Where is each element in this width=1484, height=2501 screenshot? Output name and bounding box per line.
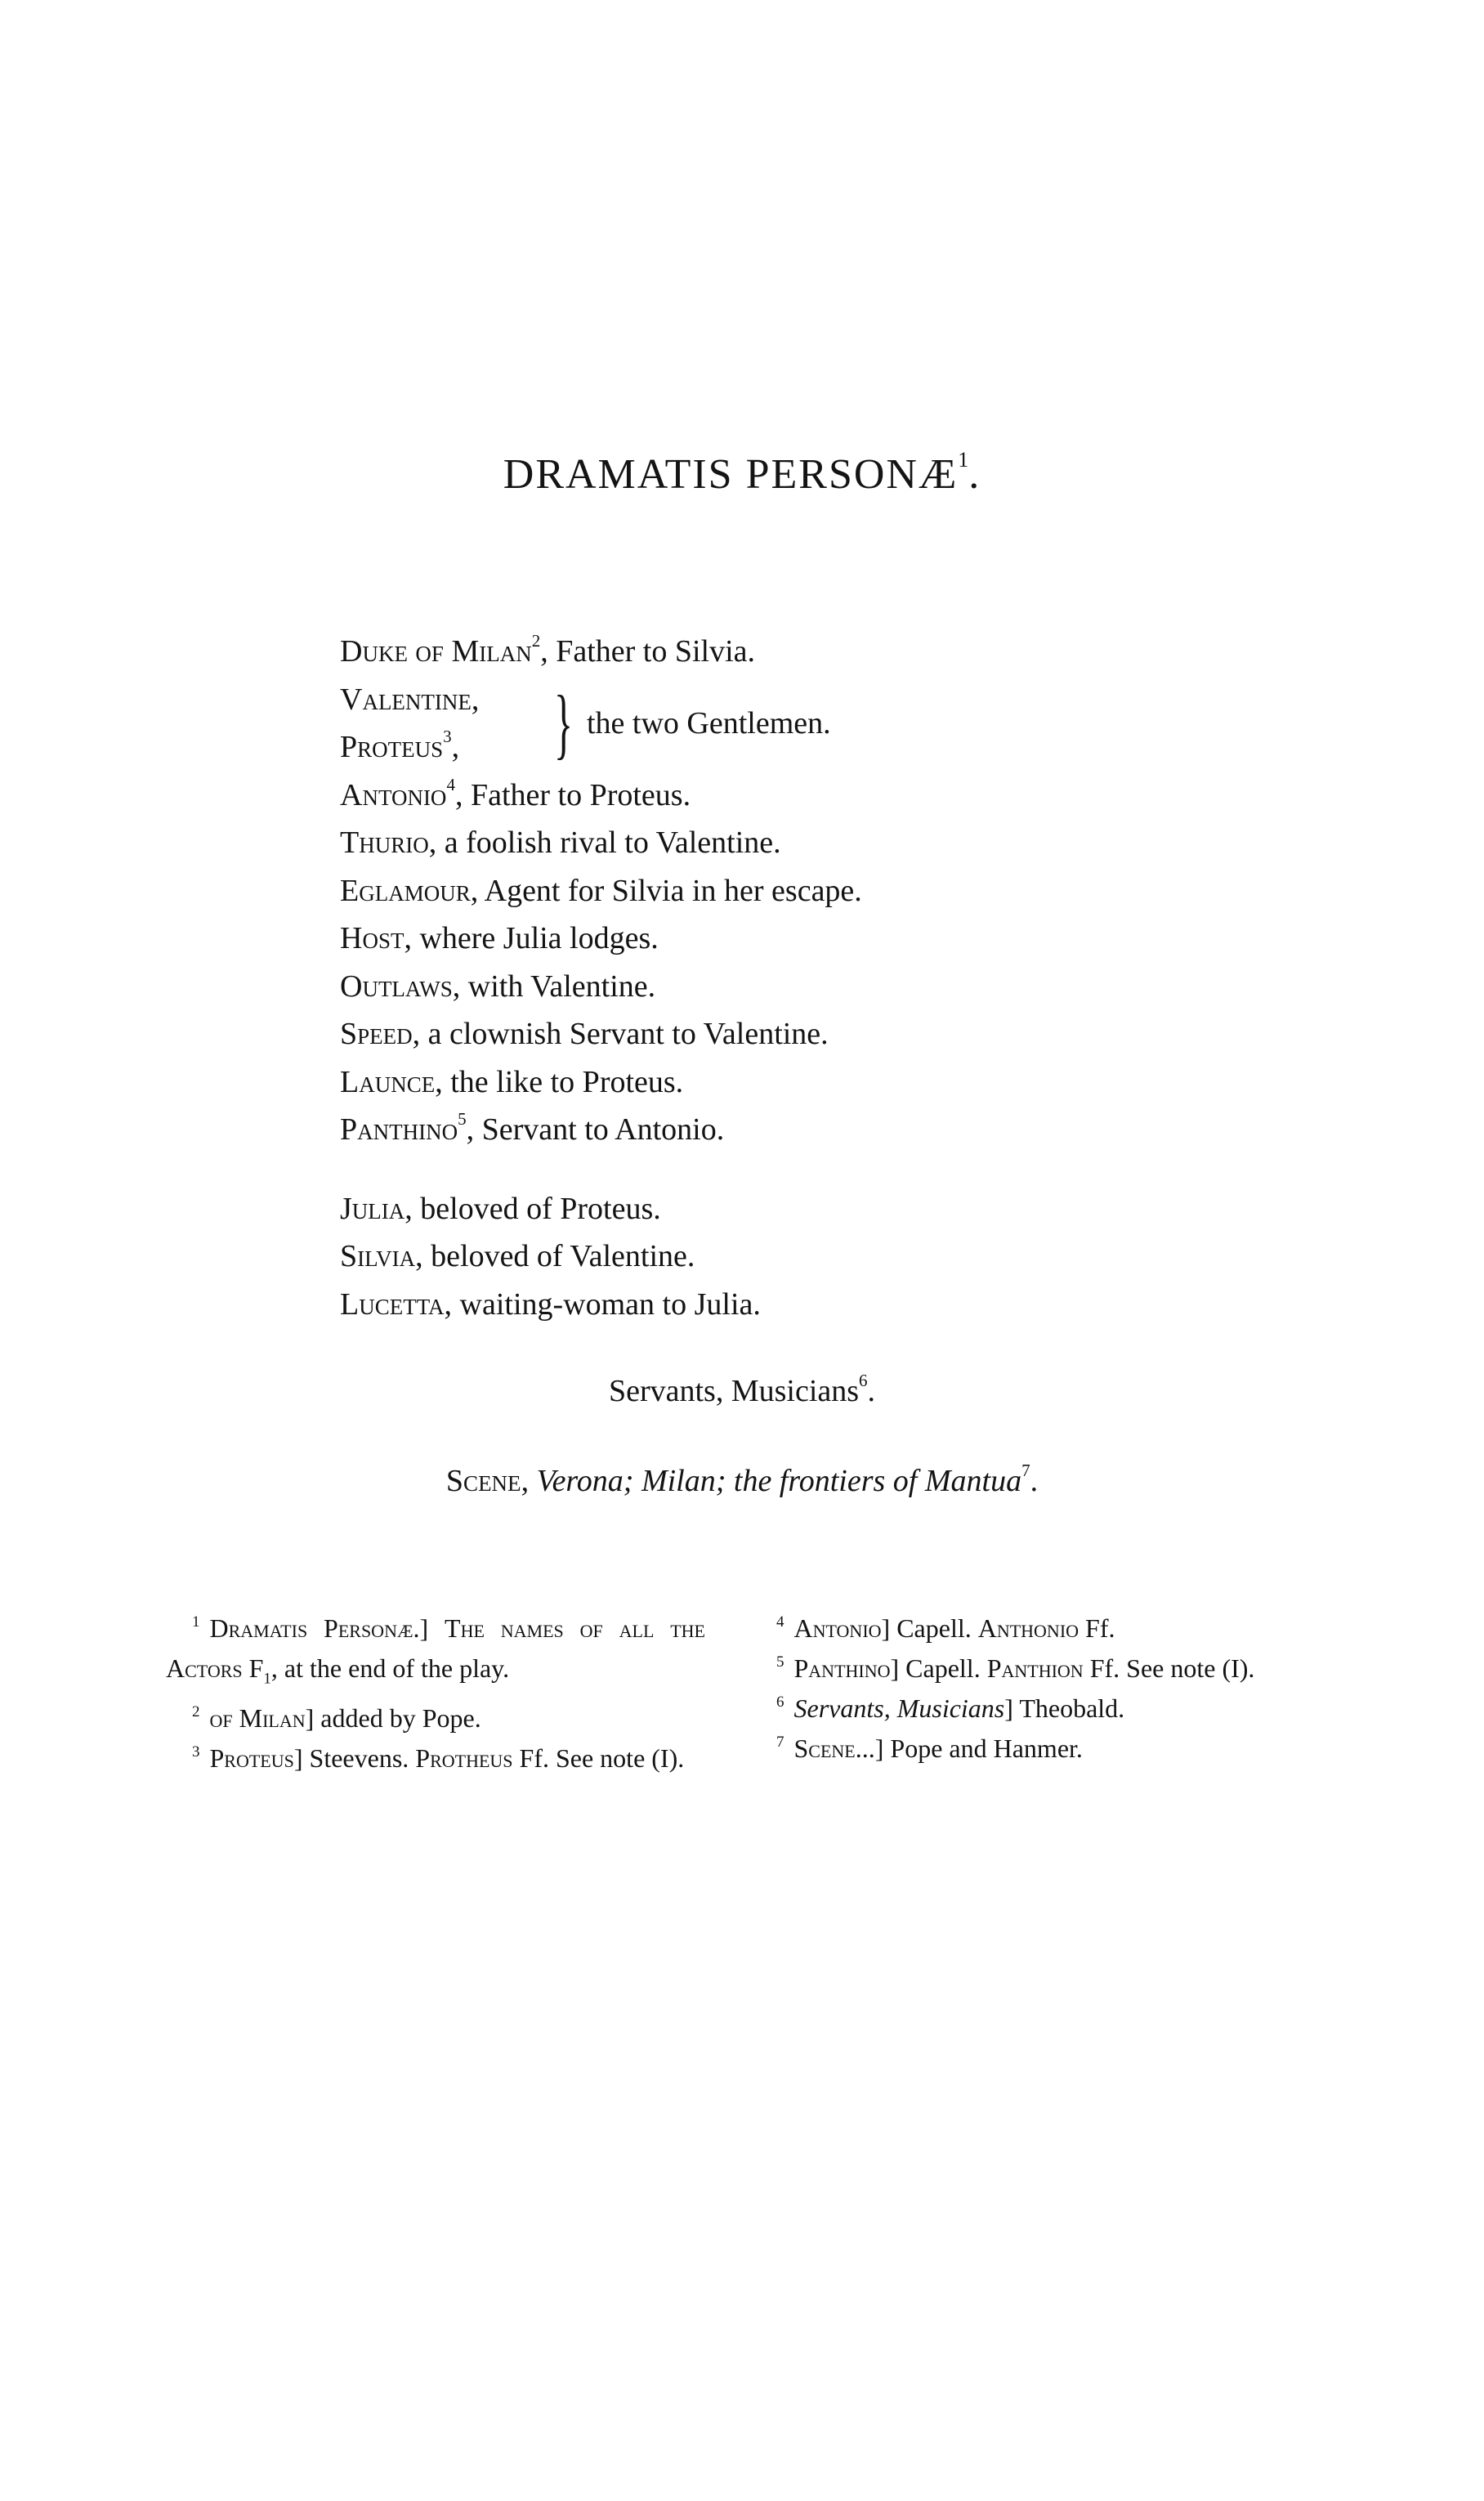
brace-icon: } xyxy=(554,684,573,763)
servants-line: Servants, Musicians6. xyxy=(0,1373,1484,1409)
note-text: Ff. See note (I). xyxy=(1084,1653,1255,1683)
character-name: Panthino xyxy=(340,1112,458,1147)
note-text: Anthonio xyxy=(978,1613,1079,1643)
servants-text: Servants, Musicians xyxy=(609,1374,859,1408)
footnote-number: 3 xyxy=(192,1743,200,1761)
character-desc: , beloved of Proteus. xyxy=(405,1192,660,1226)
footnote-number: 5 xyxy=(776,1653,784,1671)
note-text: ] Theobald. xyxy=(1004,1693,1124,1723)
list-item-antonio: Antonio4, Father to Proteus. xyxy=(340,772,862,820)
note-text: Panthion xyxy=(987,1653,1084,1683)
character-name: Speed xyxy=(340,1017,413,1051)
character-name: Thurio xyxy=(340,825,429,860)
note-text: Ff. See note (I). xyxy=(513,1743,685,1773)
list-item-panthino: Panthino5, Servant to Antonio. xyxy=(340,1106,862,1154)
footnote-ref[interactable]: 7 xyxy=(1021,1461,1030,1480)
character-name: Julia xyxy=(340,1192,405,1226)
lemma: Proteus xyxy=(210,1743,294,1773)
lemma: of Milan xyxy=(210,1703,306,1733)
character-desc: , waiting-woman to Julia. xyxy=(445,1287,761,1322)
character-name: Outlaws xyxy=(340,969,453,1004)
character-name: Launce xyxy=(340,1065,435,1099)
footnote-6: 6Servants, Musicians] Theobald. xyxy=(750,1689,1290,1729)
footnote-ref[interactable]: 5 xyxy=(458,1109,467,1129)
character-desc: , a clownish Servant to Valentine. xyxy=(413,1017,829,1051)
lemma: Scene... xyxy=(794,1734,875,1763)
footnote-number: 4 xyxy=(776,1613,784,1631)
punct: , xyxy=(452,730,460,764)
character-desc: , Agent for Silvia in her escape. xyxy=(471,874,862,908)
character-desc: , where Julia lodges. xyxy=(404,921,658,955)
footnote-4: 4Antonio] Capell. Anthonio Ff. xyxy=(750,1608,1290,1649)
footnote-ref[interactable]: 6 xyxy=(859,1371,868,1390)
footnote-number: 1 xyxy=(192,1613,200,1631)
lemma: Panthino xyxy=(794,1653,891,1683)
punct: , xyxy=(472,682,480,717)
title-text: DRAMATIS PERSONÆ xyxy=(503,451,958,498)
scene-line: Scene, Verona; Milan; the frontiers of M… xyxy=(0,1463,1484,1499)
list-item-speed: Speed, a clownish Servant to Valentine. xyxy=(340,1010,862,1058)
list-item-thurio: Thurio, a foolish rival to Valentine. xyxy=(340,819,862,867)
footnote-number: 2 xyxy=(192,1703,200,1720)
note-text: , at the end of the play. xyxy=(271,1653,509,1683)
list-item-launce: Launce, the like to Proteus. xyxy=(340,1058,862,1107)
note-text: ] Capell. xyxy=(891,1653,987,1683)
character-desc: , the like to Proteus. xyxy=(435,1065,683,1099)
list-item-outlaws: Outlaws, with Valentine. xyxy=(340,963,862,1011)
character-name: Duke of Milan xyxy=(340,634,532,669)
character-name: Silvia xyxy=(340,1239,415,1273)
note-text: ] Pope and Hanmer. xyxy=(875,1734,1083,1763)
list-item-lucetta: Lucetta, waiting-woman to Julia. xyxy=(340,1281,862,1329)
note-text: ] xyxy=(420,1613,445,1643)
note-text: ] added by Pope. xyxy=(306,1703,481,1733)
lemma: Servants, Musicians xyxy=(794,1693,1005,1723)
scene-places: Verona; Milan; the frontiers of Mantua xyxy=(537,1464,1022,1498)
character-desc: , Servant to Antonio. xyxy=(467,1112,725,1147)
character-desc: , beloved of Valentine. xyxy=(415,1239,695,1273)
page-title: DRAMATIS PERSONÆ1. xyxy=(0,448,1484,499)
character-desc: , a foolish rival to Valentine. xyxy=(429,825,781,860)
character-name: Eglamour xyxy=(340,874,471,908)
footnote-ref[interactable]: 3 xyxy=(443,727,452,746)
punct: , xyxy=(521,1464,537,1498)
note-text: Ff. xyxy=(1079,1613,1115,1643)
footnote-7: 7Scene...] Pope and Hanmer. xyxy=(750,1729,1290,1769)
character-list: Duke of Milan2, Father to Silvia. Valent… xyxy=(340,628,862,1328)
footnotes-left-column: 1Dramatis Personæ.] The names of all the… xyxy=(166,1608,705,1778)
character-name: Antonio xyxy=(340,778,446,812)
character-desc: , Father to Proteus. xyxy=(455,778,691,812)
list-item-julia: Julia, beloved of Proteus. xyxy=(340,1185,862,1233)
subscript: 1 xyxy=(263,1670,271,1687)
character-desc: , Father to Silvia. xyxy=(540,634,755,669)
list-item-duke: Duke of Milan2, Father to Silvia. xyxy=(340,628,862,676)
list-item-eglamour: Eglamour, Agent for Silvia in her escape… xyxy=(340,867,862,915)
lemma: Dramatis Personæ. xyxy=(210,1613,420,1643)
character-name: Proteus xyxy=(340,730,443,764)
list-item-gentlemen: Valentine, Proteus3, } the two Gentlemen… xyxy=(340,676,862,772)
footnote-2: 2of Milan] added by Pope. xyxy=(166,1698,705,1738)
list-item-silvia: Silvia, beloved of Valentine. xyxy=(340,1233,862,1281)
note-text: ] Capell. xyxy=(882,1613,978,1643)
list-item-host: Host, where Julia lodges. xyxy=(340,915,862,963)
scene-label: Scene xyxy=(446,1464,521,1498)
footnote-1: 1Dramatis Personæ.] The names of all the… xyxy=(166,1608,705,1698)
footnote-ref[interactable]: 1 xyxy=(958,448,968,472)
character-desc: the two Gentlemen. xyxy=(587,700,831,748)
punct: . xyxy=(868,1374,876,1408)
character-desc: , with Valentine. xyxy=(453,969,655,1004)
character-name: Lucetta xyxy=(340,1287,445,1322)
note-text: ] Steevens. xyxy=(294,1743,415,1773)
character-name: Host xyxy=(340,921,404,955)
footnote-ref[interactable]: 2 xyxy=(532,631,541,651)
footnote-ref[interactable]: 4 xyxy=(446,775,455,794)
lemma: Antonio xyxy=(794,1613,882,1643)
note-text: F xyxy=(243,1653,264,1683)
punct: . xyxy=(1030,1464,1039,1498)
footnote-number: 7 xyxy=(776,1734,784,1751)
footnote-5: 5Panthino] Capell. Panthion Ff. See note… xyxy=(750,1649,1290,1689)
footnotes-right-column: 4Antonio] Capell. Anthonio Ff. 5Panthino… xyxy=(750,1608,1290,1769)
footnote-number: 6 xyxy=(776,1693,784,1711)
footnote-3: 3Proteus] Steevens. Protheus Ff. See not… xyxy=(166,1738,705,1778)
character-name: Valentine xyxy=(340,682,472,717)
note-text: Protheus xyxy=(415,1743,512,1773)
